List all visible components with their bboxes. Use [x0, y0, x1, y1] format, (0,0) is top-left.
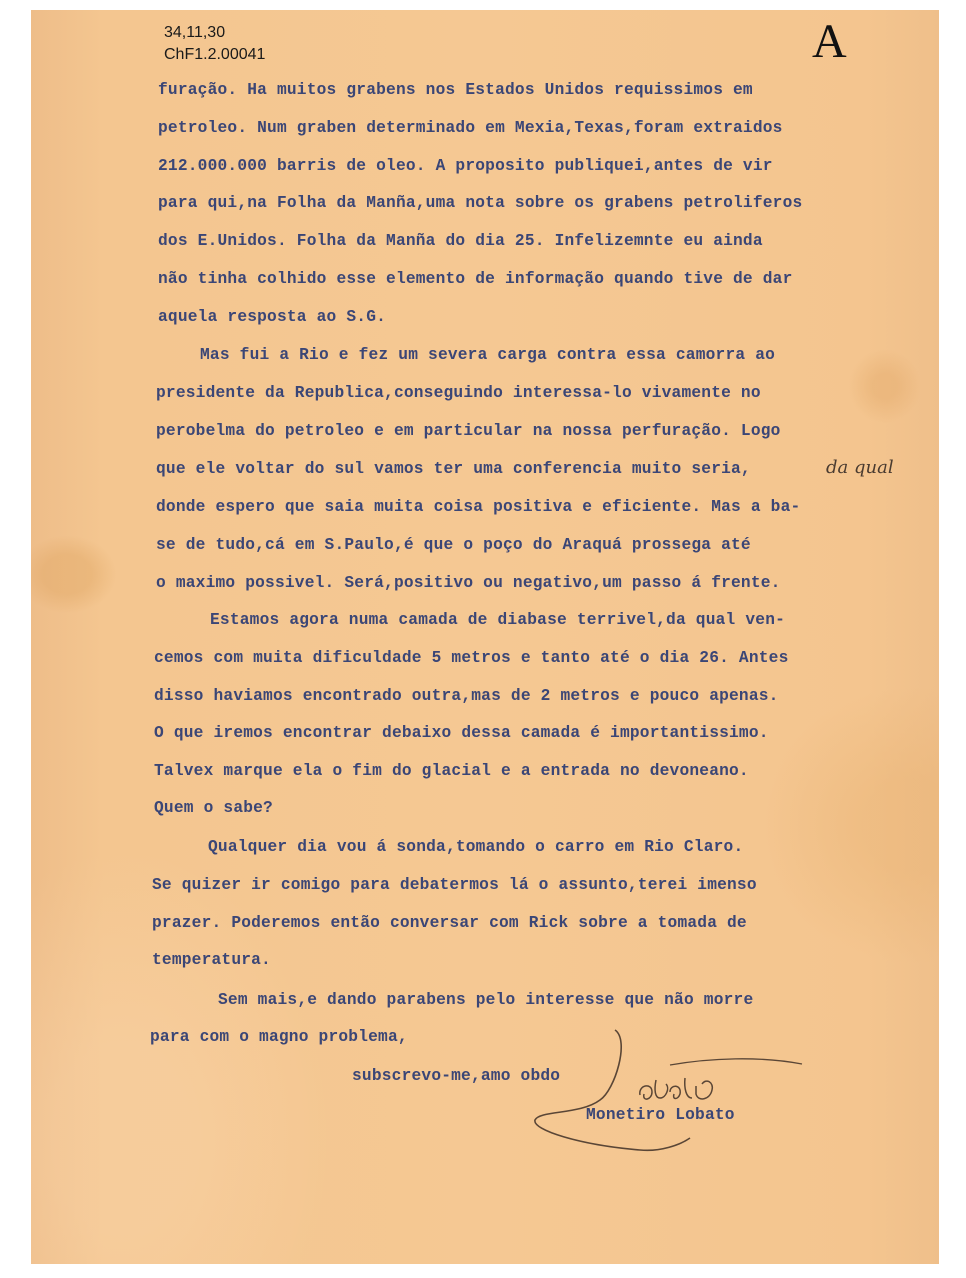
- text-line: o maximo possivel. Será,positivo ou nega…: [156, 573, 781, 593]
- text-line: se de tudo,cá em S.Paulo,é que o poço do…: [156, 535, 751, 555]
- text-line: O que iremos encontrar debaixo dessa cam…: [154, 723, 769, 743]
- text-line: Se quizer ir comigo para debatermos lá o…: [152, 875, 757, 895]
- page-letter: A: [812, 14, 847, 70]
- text-line: aquela resposta ao S.G.: [158, 307, 386, 327]
- reference-code: ChF1.2.00041: [164, 45, 265, 64]
- text-line: Talvex marque ela o fim do glacial e a e…: [154, 761, 749, 781]
- text-line: 212.000.000 barris de oleo. A proposito …: [158, 156, 773, 176]
- text-line: para qui,na Folha da Manña,uma nota sobr…: [158, 193, 802, 213]
- text-line: Qualquer dia vou á sonda,tomando o carro…: [208, 837, 743, 857]
- text-line: perobelma do petroleo e em particular na…: [156, 421, 781, 441]
- text-line: temperatura.: [152, 950, 271, 970]
- text-line: cemos com muita dificuldade 5 metros e t…: [154, 648, 789, 668]
- text-line: Sem mais,e dando parabens pelo interesse…: [218, 990, 753, 1010]
- handwritten-signature: [520, 1020, 820, 1160]
- text-line: Quem o sabe?: [154, 798, 273, 818]
- text-line: Mas fui a Rio e fez um severa carga cont…: [200, 345, 775, 365]
- text-line: disso haviamos encontrado outra,mas de 2…: [154, 686, 779, 706]
- text-line: petroleo. Num graben determinado em Mexi…: [158, 118, 783, 138]
- text-line: prazer. Poderemos então conversar com Ri…: [152, 913, 747, 933]
- text-line: que ele voltar do sul vamos ter uma conf…: [156, 459, 751, 479]
- text-line: dos E.Unidos. Folha da Manña do dia 25. …: [158, 231, 763, 251]
- text-line: para com o magno problema,: [150, 1027, 408, 1047]
- text-line: donde espero que saia muita coisa positi…: [156, 497, 800, 517]
- text-line: Estamos agora numa camada de diabase ter…: [210, 610, 785, 630]
- handwritten-insert: da qual: [826, 457, 894, 478]
- reference-date: 34,11,30: [164, 23, 225, 42]
- text-line: presidente da Republica,conseguindo inte…: [156, 383, 761, 403]
- text-line: não tinha colhido esse elemento de infor…: [158, 269, 793, 289]
- text-line: furação. Ha muitos grabens nos Estados U…: [158, 80, 753, 100]
- typed-signature: Monetiro Lobato: [586, 1105, 735, 1125]
